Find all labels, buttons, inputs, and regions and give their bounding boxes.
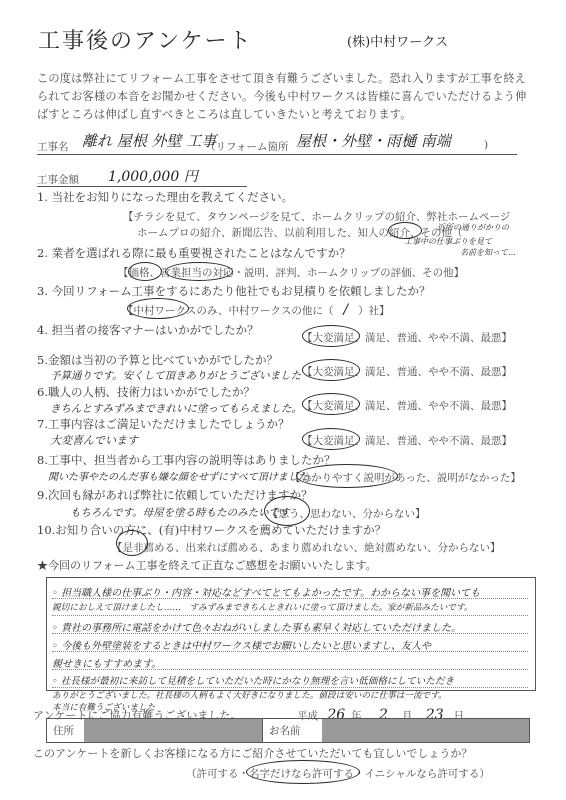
work-name-underline [37, 154, 517, 155]
q10-selection-circle [116, 530, 148, 556]
q7-selection-circle [302, 428, 360, 450]
reform-place-close: ) [484, 139, 488, 151]
question-7: 7.工事内容はご満足いただけましたでしょうか？ [37, 416, 289, 432]
impression-line: ◦ 担当職人様の仕事ぶり・内容・対応などすべてとてもよかったです。わからない事を… [52, 584, 480, 599]
amount-value[interactable]: 1,000,000 円 [108, 166, 198, 186]
q5-answer[interactable]: 予算通りです。安くして頂きありがとうございました [50, 368, 301, 383]
dotted-line [52, 687, 528, 688]
permission-question: このアンケートを新しくお客様になる方にご紹介させていただいても宜しいでしょうか？ [33, 745, 472, 761]
q1-handwritten-3: 名前を知って… [460, 247, 516, 258]
name-field-redacted[interactable] [322, 719, 529, 742]
contact-row: 住所 お名前 [46, 718, 530, 743]
question-8: 8.工事中、担当者から工事内容の説明等はありましたか？ [37, 452, 335, 468]
question-5: 5.金額は当初の予算と比べていかがでしたか？ [37, 352, 278, 368]
name-label: お名前 [269, 723, 301, 738]
q3-other-count: / [333, 302, 358, 318]
question-1: 1. 当社をお知りになった理由を教えてください。 [37, 189, 293, 205]
q1-handwritten-1: 近所の通りがかりの [437, 222, 509, 233]
question-2: 2. 業者を選ばれる際に最も重要視されたことはなんですか？ [37, 245, 351, 261]
impression-line: ◦ 今後も外壁塗装をするときは中村ワークス様でお願いしたいと思いますし、友人や [52, 637, 431, 652]
amount-label: 工事金額 [37, 172, 79, 187]
address-label: 住所 [53, 723, 74, 738]
impression-line: ありがとうございました。社長様の人柄もよく大好きになりました。値段は安いのに仕事… [52, 689, 447, 701]
q10-options[interactable]: 【是非薦める、出来れば薦める、あまり薦めれない、絶対薦めない、分からない】 [112, 540, 501, 555]
dotted-line [52, 615, 528, 616]
impression-line: 親切におしえて頂けましたし…… すみずみまできちんときれいに塗って頂けました。家… [52, 601, 472, 613]
q6-answer[interactable]: きちんとすみずみまできれいに塗ってもらえました。 [50, 401, 302, 416]
impression-line: ◦ 貴社の事務所に電話をかけて色々おねがいしました事も素早く対応していただけまし… [52, 619, 461, 634]
impressions-prompt: ★今回のリフォーム工事を終えて正直なご感想をお願いいたします。 [37, 557, 377, 573]
question-10: 10.お知り合いの方に、(有)中村ワークスを薦めていただけますか？ [37, 522, 386, 538]
q3-selection-circle [127, 298, 189, 319]
q9-answer[interactable]: もちろんです。母屋を塗る時もたのみたいです [70, 505, 290, 520]
q7-answer[interactable]: 大変喜んでいます [50, 432, 138, 448]
q4-selection-circle [302, 325, 360, 347]
intro-line-3: ばすところは伸ばし直すべきところは直していきたいと考えております。 [37, 106, 412, 122]
work-name-label: 工事名 [37, 139, 69, 154]
q1-handwritten-2: 工事中の仕事ぶりを見て [404, 236, 492, 247]
survey-title: 工事後のアンケート [38, 24, 253, 55]
question-3: 3. 今回リフォーム工事をするにあたり他社でもお見積りを依頼しましたか？ [37, 283, 431, 299]
reform-place-value[interactable]: 屋根・外壁・雨樋 南端 [296, 130, 451, 151]
q6-selection-circle [302, 393, 360, 415]
amount-underline [37, 186, 247, 187]
address-field-redacted[interactable] [84, 719, 262, 742]
impression-line: 親せきにもすすめます。 [52, 655, 161, 670]
impression-line: ◦ 社長様が最初に来訪して見積をしていただいた時にかなり無理を言い低価格にしてい… [52, 673, 454, 687]
permission-selection-circle [246, 760, 360, 784]
q8-selection-circle [296, 464, 398, 488]
intro-line-2: られてお客様の本音をお聞かせください。今後も中村ワークスは皆様に喜んでいただける… [37, 88, 527, 104]
q2-sales-circle [165, 262, 233, 281]
reform-place-label: （リフォーム箇所 [205, 139, 288, 154]
q8-answer[interactable]: 聞いた事やたのんだ事も嫌な顔をせずにすべて頂けました。 [48, 468, 318, 483]
question-4: 4. 担当者の接客マナーはいかがでしたか？ [37, 322, 259, 338]
work-name-value[interactable]: 離れ 屋根 外壁 工事 [82, 130, 216, 151]
q5-selection-circle [302, 359, 360, 381]
question-6: 6.職人の人柄、技術力はいかがでしたか？ [37, 384, 255, 400]
divider [262, 719, 263, 742]
company-name: (株)中村ワークス [347, 31, 448, 50]
q2-price-circle [128, 262, 162, 281]
intro-line-1: この度は弊社にてリフォーム工事をさせて頂き有難うございました。恐れ入りますが工事… [37, 70, 526, 86]
